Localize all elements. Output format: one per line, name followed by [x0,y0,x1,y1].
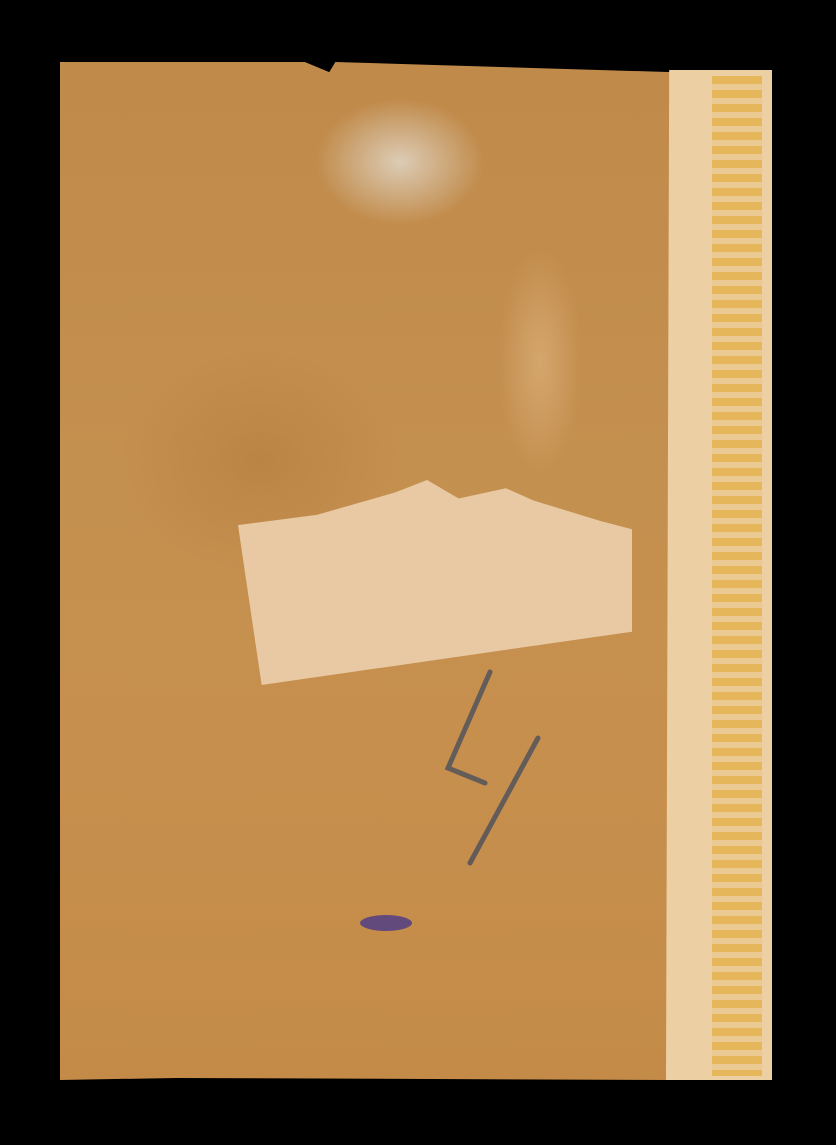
pencil-mark [440,668,550,868]
strip-pattern [712,76,762,1076]
ink-smudge [360,915,412,931]
